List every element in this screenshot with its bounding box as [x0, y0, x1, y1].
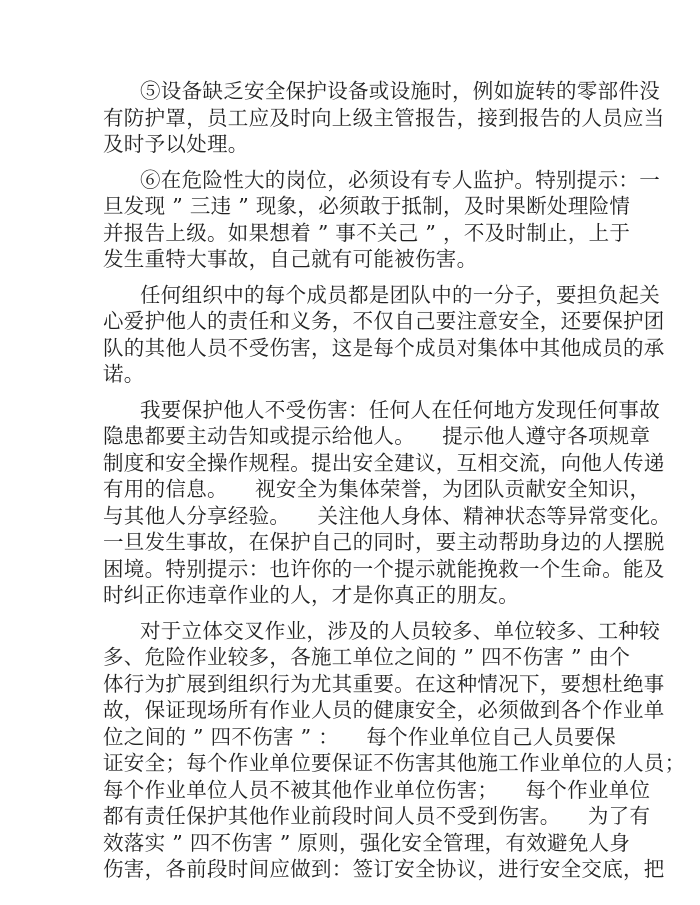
- text-line: 时纠正你违章作业的人，才是你真正的朋友。: [103, 582, 683, 609]
- text-line: 位之间的 ” 四不伤害 ” ： 每个作业单位自己人员要保: [103, 724, 683, 751]
- text-line: 多、危险作业较多，各施工单位之间的 ” 四不伤害 ” 由个: [103, 644, 683, 671]
- text-line: 体行为扩展到组织行为尤其重要。在这种情况下，要想杜绝事: [103, 671, 683, 698]
- document-body: ⑤设备缺乏安全保护设备或设施时，例如旋转的零部件没 有防护罩，员工应及时向上级主…: [103, 78, 683, 892]
- text-line: 困境。特别提示：也许你的一个提示就能挽救一个生命。能及: [103, 556, 683, 583]
- text-line: 与其他人分享经验。 关注他人身体、精神状态等异常变化。: [103, 503, 683, 530]
- text-line: 有防护罩，员工应及时向上级主管报告，接到报告的人员应当: [103, 105, 683, 132]
- paragraph-dangerous-post: ⑥在危险性大的岗位，必须设有专人监护。特别提示：一 旦发现 ” 三违 ” 现象，…: [103, 167, 683, 273]
- text-line: 发生重特大事故，自己就有可能被伤害。: [103, 246, 683, 273]
- text-line: 队的其他人员不受伤害，这是每个成员对集体中其他成员的承: [103, 335, 683, 362]
- text-line: 对于立体交叉作业，涉及的人员较多、单位较多、工种较: [103, 618, 683, 645]
- text-line: 隐患都要主动告知或提示给他人。 提示他人遵守各项规章: [103, 423, 683, 450]
- document-page: ⑤设备缺乏安全保护设备或设施时，例如旋转的零部件没 有防护罩，员工应及时向上级主…: [0, 0, 700, 905]
- paragraph-protect-others: 我要保护他人不受伤害：任何人在任何地方发现任何事故 隐患都要主动告知或提示给他人…: [103, 397, 683, 609]
- text-line: 证安全；每个作业单位要保证不伤害其他施工作业单位的人员；: [103, 750, 683, 777]
- text-line: 心爱护他人的责任和义务，不仅自己要注意安全，还要保护团: [103, 308, 683, 335]
- text-line: 我要保护他人不受伤害：任何人在任何地方发现任何事故: [103, 397, 683, 424]
- text-line: 制度和安全操作规程。提出安全建议，互相交流，向他人传递: [103, 450, 683, 477]
- text-line: 并报告上级。如果想着 ” 事不关己 ” ，不及时制止，上于: [103, 220, 683, 247]
- text-line: 旦发现 ” 三违 ” 现象，必须敢于抵制，及时果断处理险情: [103, 193, 683, 220]
- text-line: 故，保证现场所有作业人员的健康安全，必须做到各个作业单: [103, 697, 683, 724]
- text-line: 诺。: [103, 361, 683, 388]
- text-line: 及时予以处理。: [103, 131, 683, 158]
- text-line: 伤害，各前段时间应做到：签订安全协议，进行安全交底，把: [103, 856, 683, 883]
- paragraph-team-member: 任何组织中的每个成员都是团队中的一分子，要担负起关 心爱护他人的责任和义务，不仅…: [103, 282, 683, 388]
- text-line: 有用的信息。 视安全为集体荣誉，为团队贡献安全知识，: [103, 476, 683, 503]
- text-line: 一旦发生事故，在保护自己的同时，要主动帮助身边的人摆脱: [103, 529, 683, 556]
- text-line: 效落实 ” 四不伤害 ” 原则，强化安全管理，有效避免人身: [103, 830, 683, 857]
- text-line: 每个作业单位人员不被其他作业单位伤害； 每个作业单位: [103, 777, 683, 804]
- text-line: ⑤设备缺乏安全保护设备或设施时，例如旋转的零部件没: [103, 78, 683, 105]
- text-line: ⑥在危险性大的岗位，必须设有专人监护。特别提示：一: [103, 167, 683, 194]
- paragraph-cross-operations: 对于立体交叉作业，涉及的人员较多、单位较多、工种较 多、危险作业较多，各施工单位…: [103, 618, 683, 883]
- text-line: 任何组织中的每个成员都是团队中的一分子，要担负起关: [103, 282, 683, 309]
- text-line: 都有责任保护其他作业前段时间人员不受到伤害。 为了有: [103, 803, 683, 830]
- paragraph-equipment-protection: ⑤设备缺乏安全保护设备或设施时，例如旋转的零部件没 有防护罩，员工应及时向上级主…: [103, 78, 683, 158]
